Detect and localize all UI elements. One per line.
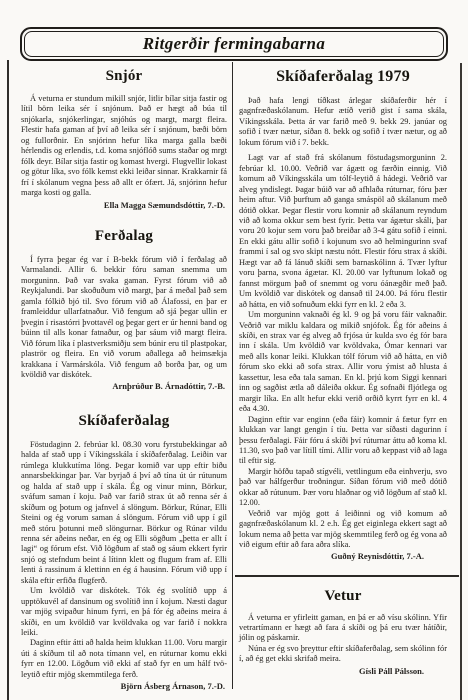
page-title: Ritgerðir fermingabarna	[143, 34, 326, 54]
article-paragraph: Margir höfðu tapað stígvéli, vettlingum …	[239, 467, 447, 509]
article-snjor: Snjór Á veturna er stundum mikill snjór,…	[21, 67, 227, 210]
article-paragraph: Daginn eftir var enginn (eða fáir) komni…	[239, 415, 447, 467]
article-heading: Skíðaferðalag 1979	[239, 68, 447, 86]
article-paragraph: Daginn eftir átti að halda heim klukkan …	[21, 638, 227, 680]
left-column: Snjór Á veturna er stundum mikill snjór,…	[21, 62, 227, 692]
magazine-page: Ritgerðir fermingabarna Snjór Á veturna …	[0, 0, 468, 700]
title-banner: Ritgerðir fermingabarna	[20, 27, 448, 61]
article-signature: Ella Magga Sæmundsdóttir, 7.-D.	[21, 200, 227, 210]
article-skidaferdalag-1979: Skíðaferðalag 1979 Það hafa lengi tíðkas…	[239, 68, 447, 562]
article-heading: Vetur	[239, 587, 447, 605]
article-heading: Skíðaferðalag	[21, 412, 227, 430]
column-divider	[232, 62, 233, 689]
article-paragraph: Um kvöldið var diskótek. Tók ég svolítið…	[21, 586, 227, 638]
article-paragraph: Lagt var af stað frá skólanum föstudagsm…	[239, 153, 447, 310]
article-paragraph: Föstudaginn 2. febrúar kl. 08.30 voru fy…	[21, 440, 227, 586]
page-border-left	[7, 60, 9, 700]
article-heading: Ferðalag	[21, 227, 227, 245]
article-skidaferdalag: Skíðaferðalag Föstudaginn 2. febrúar kl.…	[21, 412, 227, 692]
right-column: Skíðaferðalag 1979 Það hafa lengi tíðkas…	[239, 62, 447, 676]
article-signature: Guðný Reynisdóttir, 7.-A.	[239, 551, 447, 561]
article-paragraph: Um morguninn vaknaði ég kl. 9 og þá voru…	[239, 310, 447, 415]
section-divider-rule	[235, 575, 459, 577]
article-paragraph: Í fyrra þegar ég var í B-bekk fórum við …	[21, 255, 227, 380]
article-ferdalag: Ferðalag Í fyrra þegar ég var í B-bekk f…	[21, 227, 227, 392]
article-heading: Snjór	[21, 67, 227, 85]
article-paragraph: Á veturna er stundum mikill snjór, litli…	[21, 94, 227, 199]
article-paragraph: Veðrið var mjög gott á leiðinni og við k…	[239, 509, 447, 551]
article-signature: Gísli Páll Pálsson.	[239, 666, 447, 676]
article-paragraph: Á veturna er yfirleitt gaman, en þá er a…	[239, 613, 447, 644]
article-signature: Björn Ásberg Árnason, 7.-D.	[21, 681, 227, 691]
article-paragraph: Það hafa lengi tíðkast árlegar skíðaferð…	[239, 96, 447, 148]
article-signature: Arnþrúður B. Árnadóttir, 7.-B.	[21, 381, 227, 391]
title-banner-inner: Ritgerðir fermingabarna	[24, 31, 444, 57]
article-paragraph: Núna er ég svo þreyttur eftir skíðaferða…	[239, 644, 447, 665]
article-vetur: Vetur Á veturna er yfirleitt gaman, en þ…	[239, 587, 447, 677]
page-border-right	[460, 63, 462, 700]
